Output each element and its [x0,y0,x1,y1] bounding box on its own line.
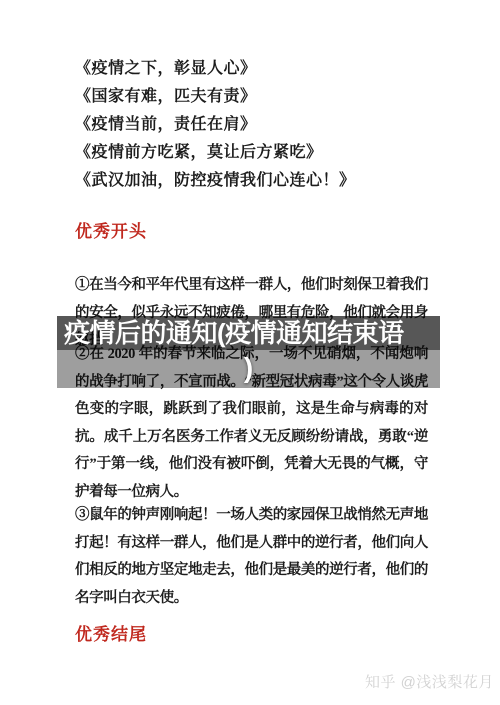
quote-title: 《武汉加油，防控疫情我们心连心！》 [75,167,455,195]
overlay-title-line1: 疫情后的通知(疫情通知结束语 [57,316,440,350]
overlay-title-line2: ) [57,350,440,388]
quote-title: 《疫情前方吃紧，莫让后方紧吃》 [75,139,455,167]
quote-title: 《疫情之下，彰显人心》 [75,55,455,83]
quote-title: 《国家有难，匹夫有责》 [75,83,455,111]
closing-section-heading: 优秀结尾 [75,625,147,645]
article-page: 《疫情之下，彰显人心》 《国家有难，匹夫有责》 《疫情当前，责任在肩》 《疫情前… [0,0,500,705]
watermark: 知乎 @浅浅梨花月 [365,674,494,692]
quote-title-list: 《疫情之下，彰显人心》 《国家有难，匹夫有责》 《疫情当前，责任在肩》 《疫情前… [75,55,455,195]
opening-paragraph-3: ③鼠年的钟声刚响起！一场人类的家园保卫战悄然无声地打起！有这样一群人，他们是人群… [75,502,428,612]
title-overlay-banner: 疫情后的通知(疫情通知结束语 ) [57,316,440,388]
opening-section-heading: 优秀开头 [75,222,147,242]
quote-title: 《疫情当前，责任在肩》 [75,111,455,139]
